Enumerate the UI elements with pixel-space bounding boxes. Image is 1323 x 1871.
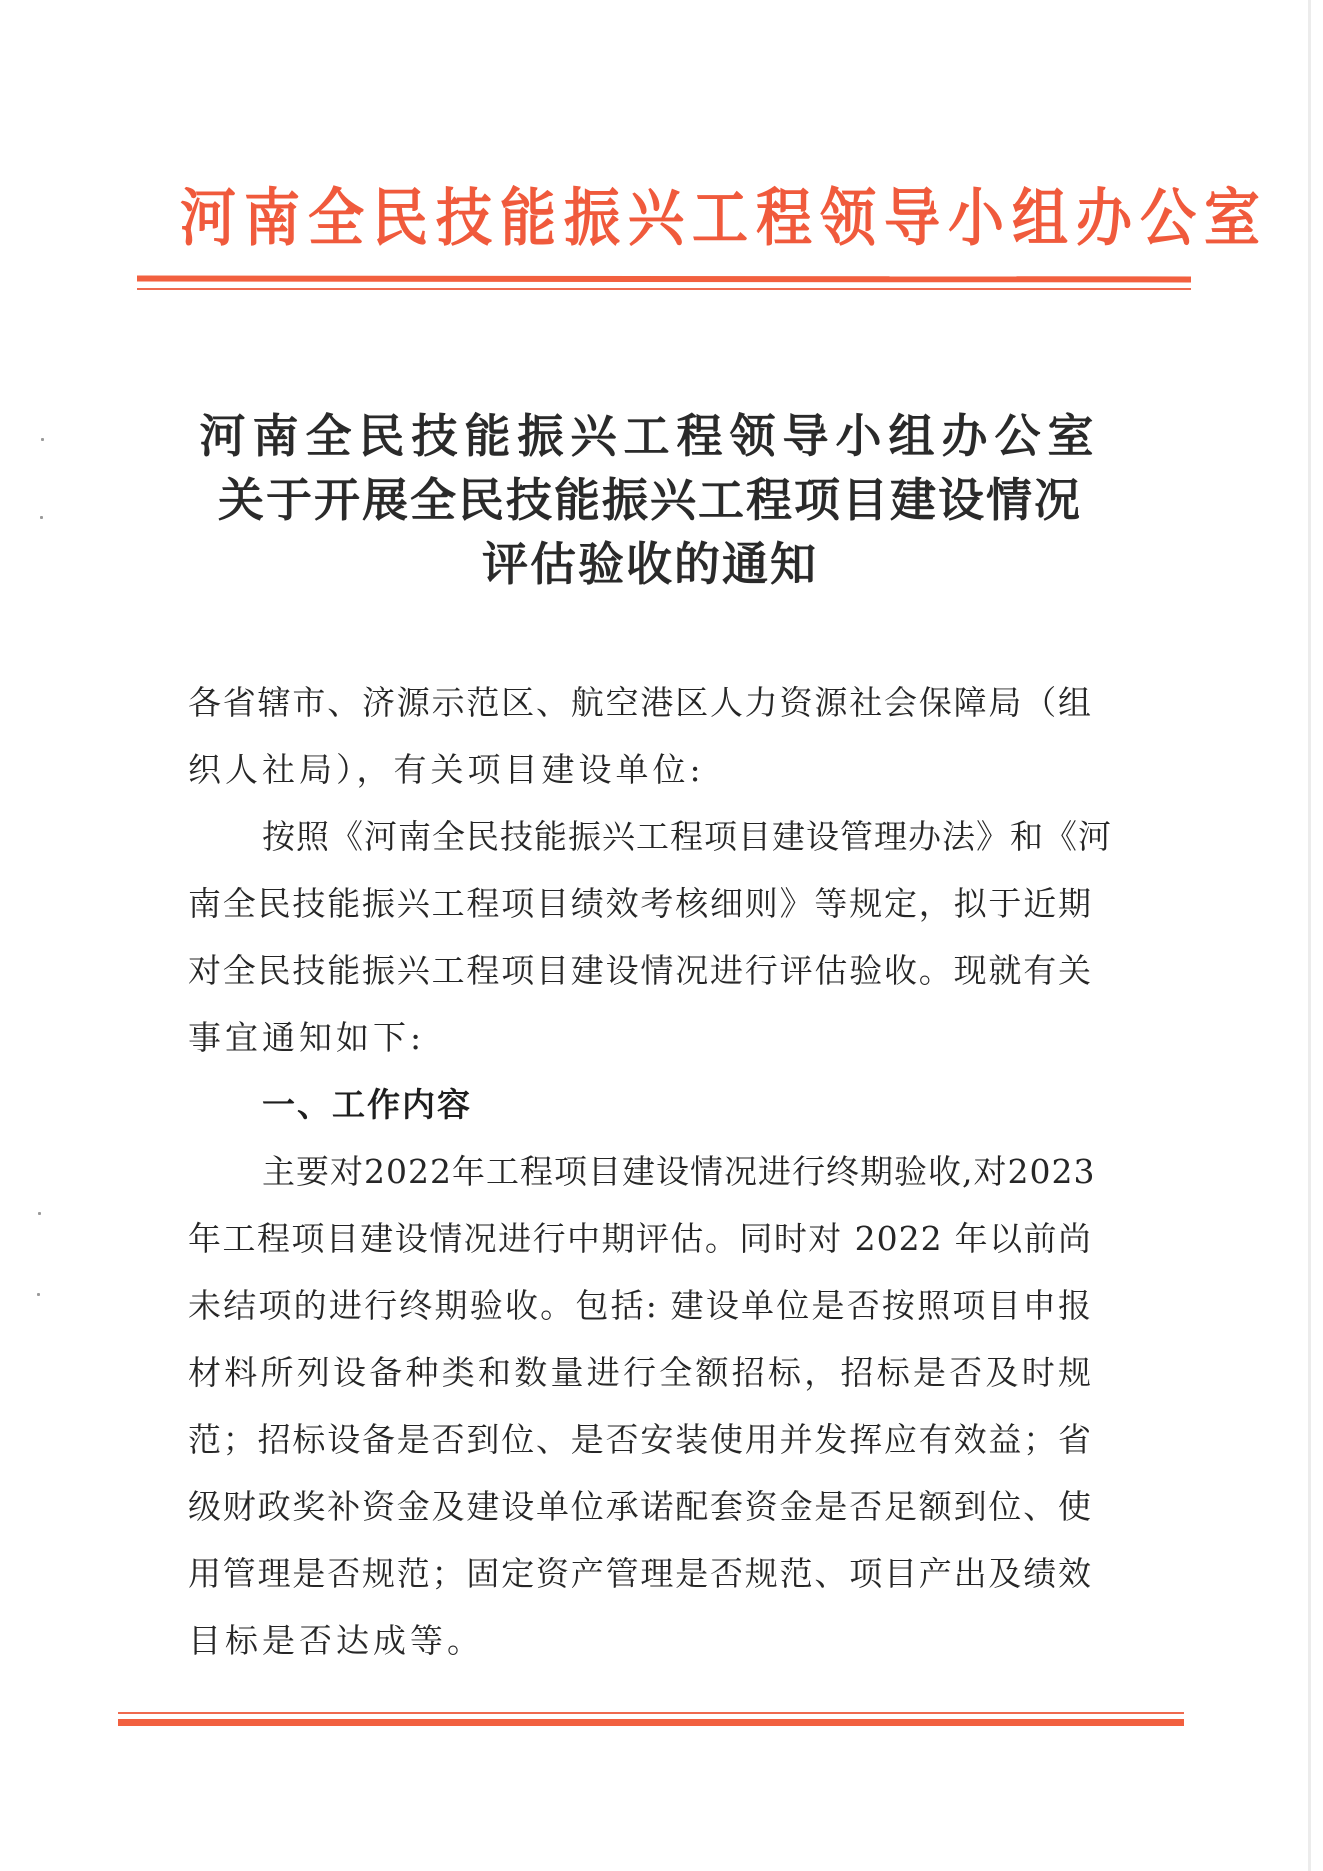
section-heading: 一、工作内容 — [188, 1071, 1092, 1138]
paragraph-line: 对全民技能振兴工程项目建设情况进行评估验收。现就有关 — [188, 937, 1092, 1004]
scan-speck — [38, 1212, 41, 1215]
paragraph-line: 目标是否达成等。 — [188, 1607, 1092, 1674]
document-title-line-2: 关于开展全民技能振兴工程项目建设情况 — [180, 468, 1120, 532]
paragraph-line: 年工程项目建设情况进行中期评估。同时对 2022 年以前尚 — [188, 1205, 1092, 1272]
document-title-line-1: 河南全民技能振兴工程领导小组办公室 — [180, 404, 1120, 468]
footer-thin-rule — [118, 1712, 1184, 1714]
paragraph-line: 南全民技能振兴工程项目绩效考核细则》等规定，拟于近期 — [188, 870, 1092, 937]
document-body: 各省辖市、济源示范区、航空港区人力资源社会保障局（组 织人社局），有关项目建设单… — [188, 669, 1092, 1674]
addressee-line: 各省辖市、济源示范区、航空港区人力资源社会保障局（组 — [188, 669, 1092, 736]
paragraph-line: 按照《河南全民技能振兴工程项目建设管理办法》和《河 — [188, 803, 1092, 870]
addressee-line: 织人社局），有关项目建设单位: — [188, 736, 1092, 803]
issuer-letterhead-title: 河南全民技能振兴工程领导小组办公室 — [180, 178, 1155, 259]
footer-thick-rule — [118, 1719, 1184, 1726]
scan-speck — [41, 438, 44, 441]
document-title-line-3: 评估验收的通知 — [180, 532, 1120, 596]
paragraph-line: 未结项的进行终期验收。包括: 建设单位是否按照项目申报 — [188, 1272, 1092, 1339]
scan-speck — [40, 516, 43, 519]
letterhead-thin-rule — [137, 288, 1191, 290]
paragraph-line: 级财政奖补资金及建设单位承诺配套资金是否足额到位、使 — [188, 1473, 1092, 1540]
paragraph-line: 材料所列设备种类和数量进行全额招标，招标是否及时规 — [188, 1339, 1092, 1406]
scan-page-edge — [1308, 0, 1311, 1871]
scan-speck — [37, 1293, 40, 1296]
paragraph-line: 范；招标设备是否到位、是否安装使用并发挥应有效益；省 — [188, 1406, 1092, 1473]
paragraph-line: 主要对2022年工程项目建设情况进行终期验收,对2023 — [188, 1138, 1092, 1205]
letterhead-thick-rule — [137, 276, 1191, 283]
paragraph-line: 用管理是否规范；固定资产管理是否规范、项目产出及绩效 — [188, 1540, 1092, 1607]
paragraph-line: 事宜通知如下: — [188, 1004, 1092, 1071]
